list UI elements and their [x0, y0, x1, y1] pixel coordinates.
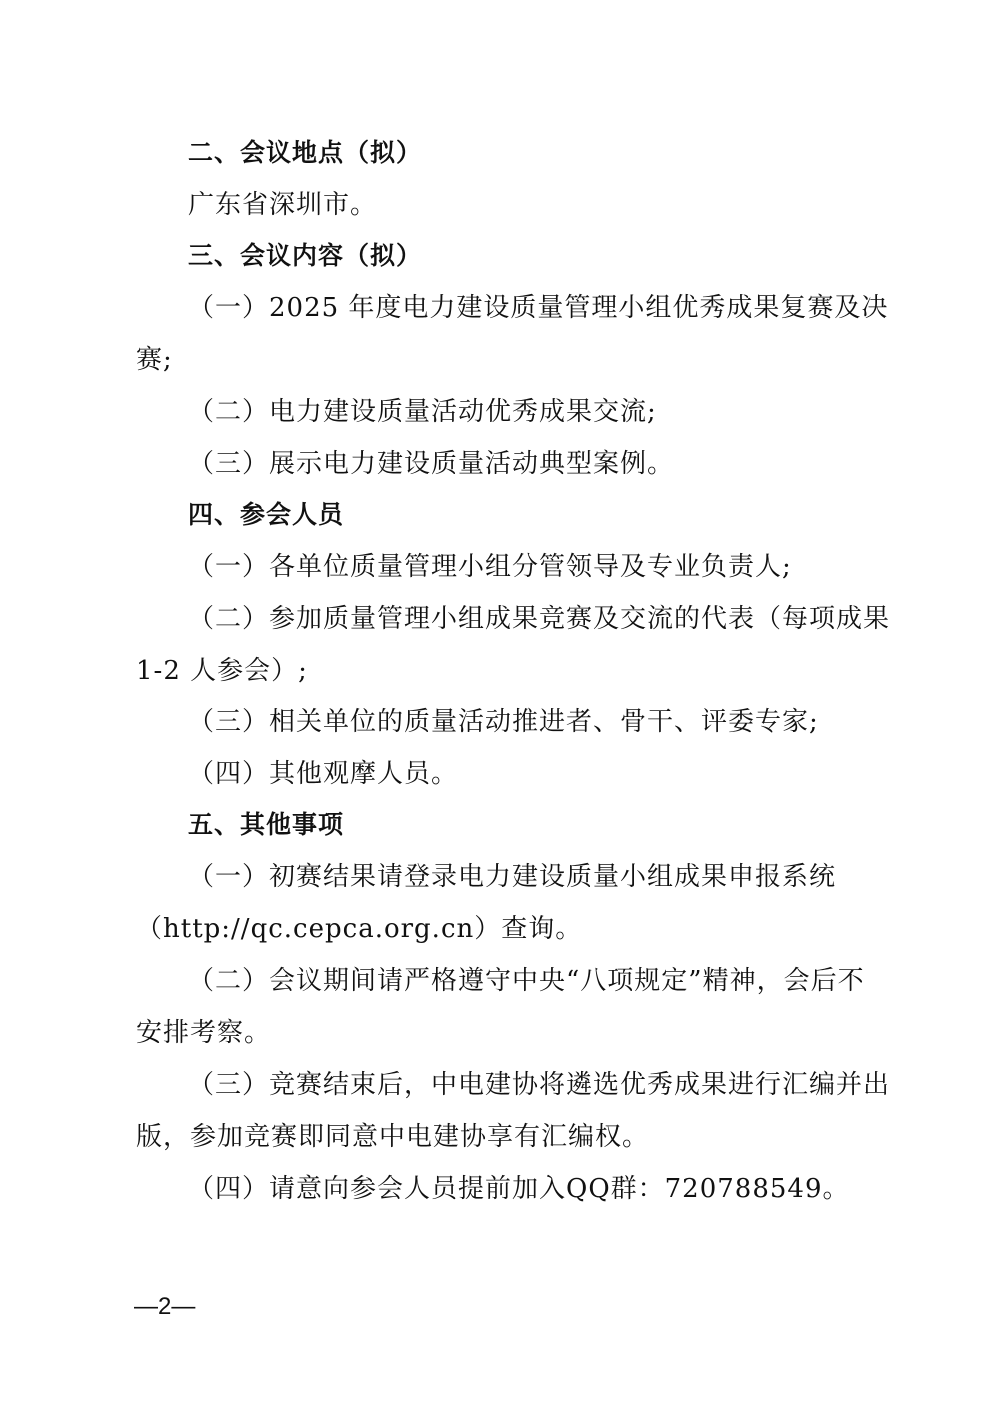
section-heading-other: 五、其他事项: [188, 810, 920, 840]
other-item-1-cont: （http://qc.cepca.org.cn）查询。: [136, 914, 868, 944]
content-item-2: （二）电力建设质量活动优秀成果交流;: [188, 397, 920, 427]
content-item-1-cont: 赛;: [136, 345, 868, 375]
other-item-3: （三）竞赛结束后，中电建协将遴选优秀成果进行汇编并出: [188, 1070, 920, 1100]
content-item-1: （一）2025 年度电力建设质量管理小组优秀成果复赛及决: [188, 293, 920, 323]
attendee-item-4: （四）其他观摩人员。: [188, 759, 920, 789]
content-item-3: （三）展示电力建设质量活动典型案例。: [188, 449, 920, 479]
other-item-3-cont: 版，参加竞赛即同意中电建协享有汇编权。: [136, 1122, 868, 1152]
section-heading-attendees: 四、参会人员: [188, 500, 920, 530]
attendee-item-2-cont: 1-2 人参会）;: [136, 656, 868, 686]
other-item-1: （一）初赛结果请登录电力建设质量小组成果申报系统: [188, 862, 920, 892]
section-heading-location: 二、会议地点（拟）: [188, 138, 920, 168]
location-text: 广东省深圳市。: [188, 190, 920, 220]
other-item-2: （二）会议期间请严格遵守中央“八项规定”精神，会后不: [188, 966, 920, 996]
attendee-item-3: （三）相关单位的质量活动推进者、骨干、评委专家;: [188, 707, 920, 737]
other-item-4: （四）请意向参会人员提前加入QQ群：720788549。: [188, 1174, 920, 1204]
attendee-item-1: （一）各单位质量管理小组分管领导及专业负责人;: [188, 552, 920, 582]
page-number: —2—: [134, 1292, 195, 1322]
other-item-2-cont: 安排考察。: [136, 1018, 868, 1048]
attendee-item-2: （二）参加质量管理小组成果竞赛及交流的代表（每项成果: [188, 604, 920, 634]
document-page: 二、会议地点（拟） 广东省深圳市。 三、会议内容（拟） （一）2025 年度电力…: [0, 0, 992, 1403]
section-heading-content: 三、会议内容（拟）: [188, 241, 920, 271]
